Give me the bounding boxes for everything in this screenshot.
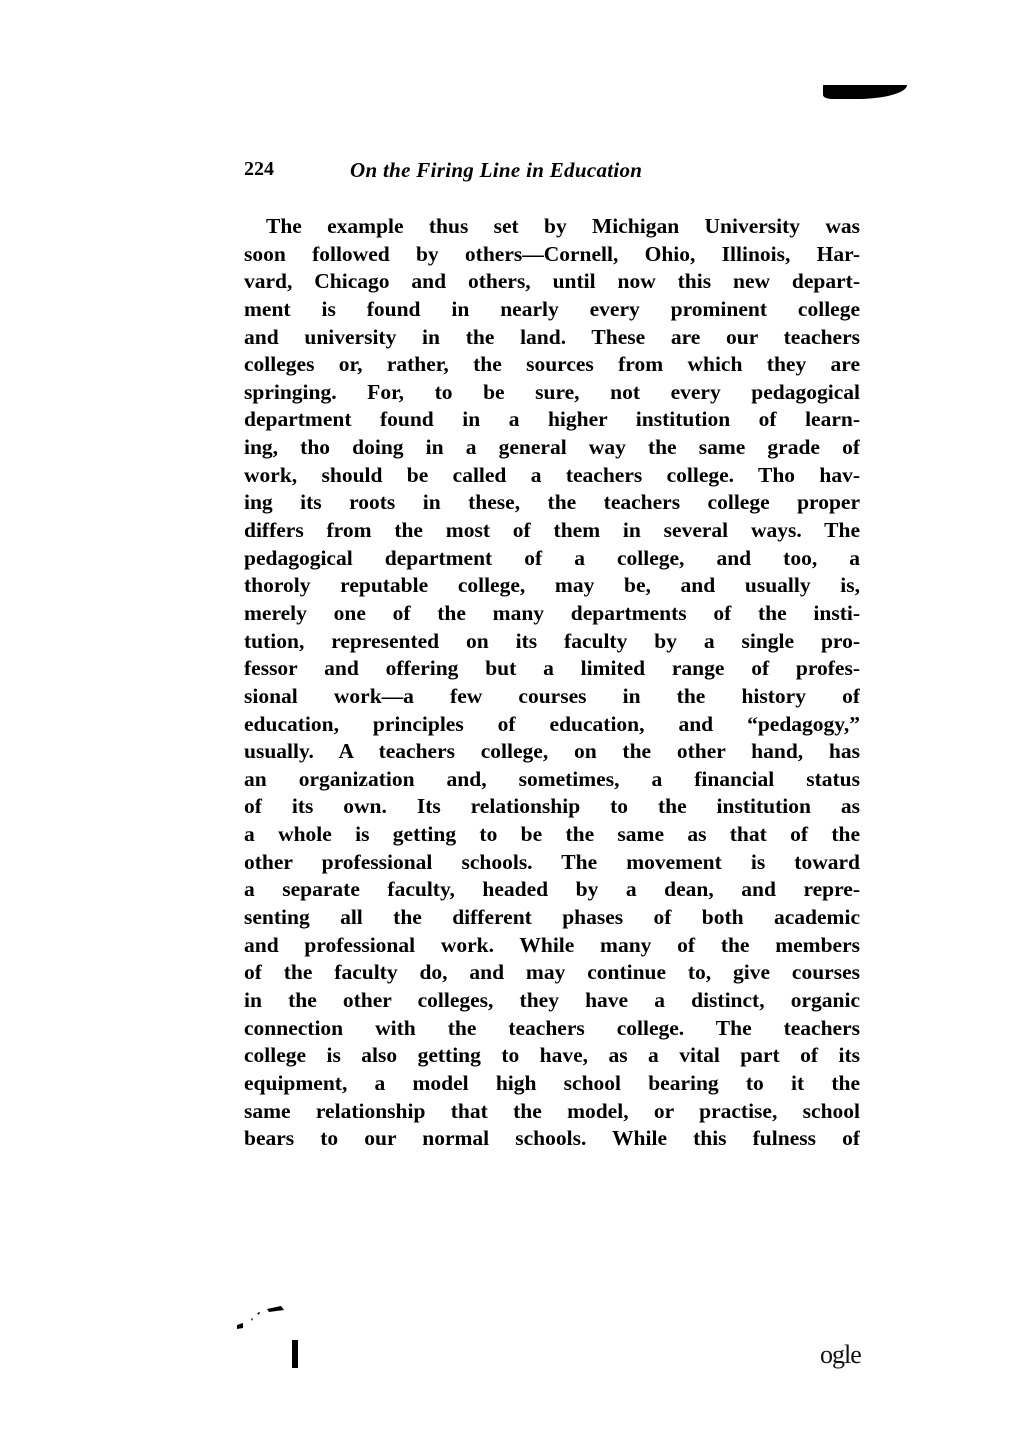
text-line: soon followed by others—Cornell, Ohio, I… (244, 241, 860, 269)
scan-artifact-bottom-left (229, 1303, 289, 1333)
text-line: differs from the most of them in several… (244, 517, 860, 545)
watermark-fragment: ogle (820, 1340, 861, 1370)
body-text: The example thus set by Michigan Univers… (244, 213, 860, 1153)
text-line: thoroly reputable college, may be, and u… (244, 572, 860, 600)
text-line: springing. For, to be sure, not every pe… (244, 379, 860, 407)
text-line: equipment, a model high school bearing t… (244, 1070, 860, 1098)
text-line: an organization and, sometimes, a financ… (244, 766, 860, 794)
text-line: connection with the teachers college. Th… (244, 1015, 860, 1043)
text-line: vard, Chicago and others, until now this… (244, 268, 860, 296)
scan-artifact-bottom-mid (292, 1340, 298, 1368)
text-line: pedagogical department of a college, and… (244, 545, 860, 573)
text-line: colleges or, rather, the sources from wh… (244, 351, 860, 379)
text-line: college is also getting to have, as a vi… (244, 1042, 860, 1070)
scan-artifact-top (823, 85, 907, 99)
page-number: 224 (244, 158, 274, 181)
text-line: work, should be called a teachers colleg… (244, 462, 860, 490)
text-line: senting all the different phases of both… (244, 904, 860, 932)
running-head: 224 On the Firing Line in Education (244, 158, 864, 188)
text-line: of its own. Its relationship to the inst… (244, 793, 860, 821)
text-line: department found in a higher institution… (244, 406, 860, 434)
text-line: usually. A teachers college, on the othe… (244, 738, 860, 766)
text-line: other professional schools. The movement… (244, 849, 860, 877)
text-line: merely one of the many departments of th… (244, 600, 860, 628)
text-line: of the faculty do, and may continue to, … (244, 959, 860, 987)
text-line: bears to our normal schools. While this … (244, 1125, 860, 1153)
text-line: education, principles of education, and … (244, 711, 860, 739)
text-line: a whole is getting to be the same as tha… (244, 821, 860, 849)
text-line: fessor and offering but a limited range … (244, 655, 860, 683)
text-line: The example thus set by Michigan Univers… (244, 213, 860, 241)
text-line: tution, represented on its faculty by a … (244, 628, 860, 656)
text-line: in the other colleges, they have a disti… (244, 987, 860, 1015)
text-line: a separate faculty, headed by a dean, an… (244, 876, 860, 904)
text-line: ment is found in nearly every prominent … (244, 296, 860, 324)
running-title: On the Firing Line in Education (350, 158, 642, 183)
text-line: same relationship that the model, or pra… (244, 1098, 860, 1126)
text-line: and professional work. While many of the… (244, 932, 860, 960)
text-line: ing its roots in these, the teachers col… (244, 489, 860, 517)
text-line: sional work—a few courses in the history… (244, 683, 860, 711)
text-line: and university in the land. These are ou… (244, 324, 860, 352)
text-line: ing, tho doing in a general way the same… (244, 434, 860, 462)
